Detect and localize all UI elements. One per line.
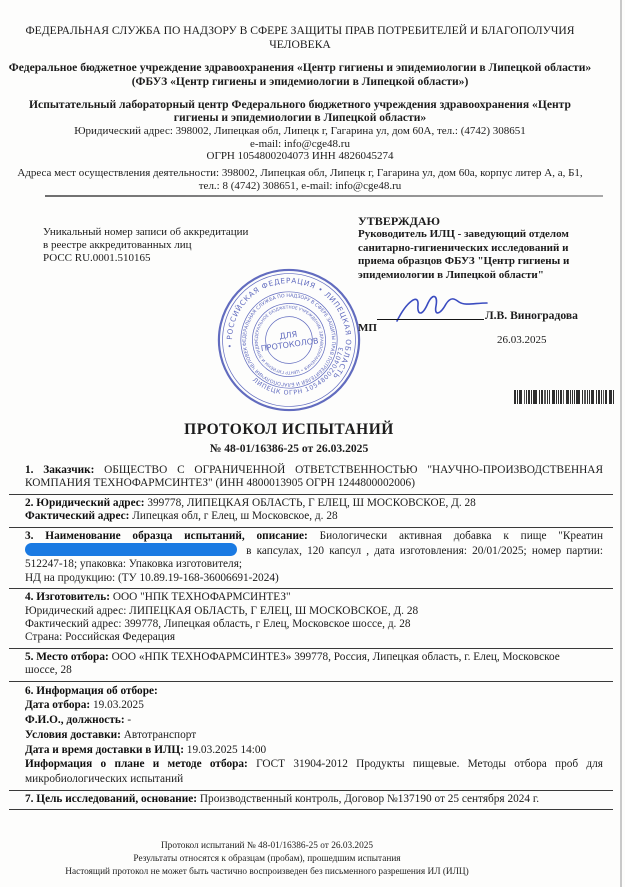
email: e-mail: info@cge48.ru: [8, 138, 592, 151]
accreditation-number: РОСС RU.0001.510165: [43, 252, 273, 265]
footer-line: Результаты относятся к образцам (пробам)…: [0, 853, 534, 866]
field-label: Информация о плане и методе отбора:: [25, 758, 248, 770]
round-stamp: • РОССИЙСКАЯ ФЕДЕРАЦИЯ • ЛИПЕЦКАЯ ОБЛАСТ…: [207, 258, 372, 423]
field-label: 2. Юридический адрес:: [25, 497, 145, 509]
field-value: шоссе, 28: [25, 664, 72, 676]
footer-line: Настоящий протокол не может быть частичн…: [0, 866, 534, 879]
protocol-section-4: 4. Изготовитель: ООО "НПК ТЕХНОФАРМСИНТЕ…: [9, 589, 613, 649]
section-line: Страна: Российская Федерация: [25, 631, 603, 644]
stamp-place-label: МП: [358, 322, 377, 334]
section-line: в капсулах, 120 капсул , дата изготовлен…: [25, 543, 603, 558]
section-line: 5. Место отбора: ООО «НПК ТЕХНОФАРМСИНТЕ…: [25, 651, 603, 664]
approval-line: Руководитель ИЛЦ - заведующий отделом: [358, 228, 610, 241]
ogrn-inn: ОГРН 1054800204073 ИНН 4826045274: [8, 150, 592, 163]
section-line: Дата отбора: 19.03.2025: [25, 698, 603, 713]
protocol-title: ПРОТОКОЛ ИСПЫТАНИЙ: [0, 421, 578, 439]
document-footer: Протокол испытаний № 48-01/16386-25 от 2…: [0, 840, 534, 879]
section-line: Фактический адрес: 399778, Липецкая обла…: [25, 618, 603, 631]
redaction-bar: [25, 543, 237, 556]
field-label: Дата отбора:: [25, 699, 90, 711]
protocol-section-6: 6. Информация об отборе:Дата отбора: 19.…: [9, 682, 613, 791]
accreditation-line: Уникальный номер записи об аккредитации: [43, 226, 273, 239]
signature-line: [377, 319, 484, 320]
field-value: ОБЩЕСТВО С ОГРАНИЧЕННОЙ ОТВЕТСТВЕННОСТЬЮ…: [94, 464, 603, 476]
signer-name: Л.В. Виноградова: [485, 309, 578, 322]
protocol-sections: 1. Заказчик: ОБЩЕСТВО С ОГРАНИЧЕННОЙ ОТВ…: [9, 462, 613, 810]
approval-title: УТВЕРЖДАЮ: [358, 215, 610, 228]
approval-date: 26.03.2025: [497, 334, 547, 346]
legal-address: Юридический адрес: 398002, Липецкая обл,…: [8, 125, 592, 138]
document-header: ФЕДЕРАЛЬНАЯ СЛУЖБА ПО НАДЗОРУ В СФЕРЕ ЗА…: [8, 24, 592, 192]
protocol-section-1: 1. Заказчик: ОБЩЕСТВО С ОГРАНИЧЕННОЙ ОТВ…: [9, 462, 613, 495]
section-line: Условия доставки: Автотранспорт: [25, 728, 603, 743]
field-value: КОМПАНИЯ ТЕХНОФАРМСИНТЕЗ" (ИНН 480001390…: [25, 477, 415, 489]
field-value: ГОСТ 31904-2012 Продукты пищевые. Методы…: [248, 758, 603, 770]
activity-addresses: Адреса мест осуществления деятельности: …: [8, 167, 592, 192]
field-value: Биологически активная добавка к пище "Кр…: [308, 530, 603, 542]
protocol-section-7: 7. Цель исследований, основание: Произво…: [9, 791, 613, 810]
field-label: Фактический адрес:: [25, 510, 129, 522]
field-value: Автотранспорт: [121, 729, 196, 741]
signature-icon: [393, 291, 498, 327]
approval-line: приема образцов ФБУЗ "Центр гигиены и: [358, 255, 610, 268]
section-line: 4. Изготовитель: ООО "НПК ТЕХНОФАРМСИНТЕ…: [25, 591, 603, 604]
protocol-section-3: 3. Наименование образца испытаний, описа…: [9, 528, 613, 590]
field-value: Фактический адрес: 399778, Липецкая обла…: [25, 618, 411, 630]
field-label: Условия доставки:: [25, 729, 121, 741]
section-line: Юридический адрес: ЛИПЕЦКАЯ ОБЛАСТЬ, Г Е…: [25, 605, 603, 618]
accreditation-block: Уникальный номер записи об аккредитации …: [43, 226, 273, 266]
accreditation-line: в реестре аккредитованных лиц: [43, 239, 273, 252]
protocol-document: ФЕДЕРАЛЬНАЯ СЛУЖБА ПО НАДЗОРУ В СФЕРЕ ЗА…: [0, 0, 625, 887]
protocol-number: № 48-01/16386-25 от 26.03.2025: [0, 442, 578, 455]
field-value: Липецкая обл, г Елец, ш Московское, д. 2…: [129, 510, 337, 522]
field-value: микробиологических испытаний: [25, 773, 183, 785]
section-line: 2. Юридический адрес: 399778, ЛИПЕЦКАЯ О…: [25, 497, 603, 510]
section-line: микробиологических испытаний: [25, 772, 603, 787]
section-line: шоссе, 28: [25, 664, 603, 677]
section-line: НД на продукцию: (ТУ 10.89.19-168-360066…: [25, 572, 603, 585]
header-divider: [45, 195, 603, 197]
field-value: 19.03.2025: [90, 699, 144, 711]
field-value: Юридический адрес: ЛИПЕЦКАЯ ОБЛАСТЬ, Г Е…: [25, 605, 418, 617]
field-value: -: [125, 714, 132, 726]
section-line: КОМПАНИЯ ТЕХНОФАРМСИНТЕЗ" (ИНН 480001390…: [25, 477, 603, 490]
section-line: Фактический адрес: Липецкая обл, г Елец,…: [25, 510, 603, 523]
field-label: 5. Место отбора:: [25, 651, 109, 663]
field-label: 1. Заказчик:: [25, 464, 94, 476]
federal-service-title: ФЕДЕРАЛЬНАЯ СЛУЖБА ПО НАДЗОРУ В СФЕРЕ ЗА…: [8, 24, 592, 51]
field-value: Страна: Российская Федерация: [25, 631, 175, 643]
section-line: 7. Цель исследований, основание: Произво…: [25, 793, 603, 806]
barcode: [514, 390, 618, 404]
section-line: 512247-18; упаковка: Упаковка изготовите…: [25, 558, 603, 571]
section-line: 1. Заказчик: ОБЩЕСТВО С ОГРАНИЧЕННОЙ ОТВ…: [25, 464, 603, 477]
section-line: 3. Наименование образца испытаний, описа…: [25, 530, 603, 543]
field-label: 7. Цель исследований, основание:: [25, 793, 197, 805]
field-value: ООО «НПК ТЕХНОФАРМСИНТЕЗ» 399778, Россия…: [109, 651, 560, 663]
field-label: 4. Изготовитель:: [25, 591, 110, 603]
field-label: Ф.И.О., должность:: [25, 714, 125, 726]
section-line: Ф.И.О., должность: -: [25, 713, 603, 728]
field-value: 19.03.2025 14:00: [184, 744, 266, 756]
protocol-title-block: ПРОТОКОЛ ИСПЫТАНИЙ № 48-01/16386-25 от 2…: [0, 421, 578, 455]
protocol-section-5: 5. Место отбора: ООО «НПК ТЕХНОФАРМСИНТЕ…: [9, 649, 613, 682]
approval-block: УТВЕРЖДАЮ Руководитель ИЛЦ - заведующий …: [358, 215, 610, 282]
field-value: в капсулах, 120 капсул , дата изготовлен…: [246, 545, 603, 557]
field-label: Дата и время доставки в ИЛЦ:: [25, 744, 184, 756]
field-value: 399778, ЛИПЕЦКАЯ ОБЛАСТЬ, Г ЕЛЕЦ, Ш МОСК…: [145, 497, 476, 509]
section-line: Дата и время доставки в ИЛЦ: 19.03.2025 …: [25, 743, 603, 758]
protocol-section-2: 2. Юридический адрес: 399778, ЛИПЕЦКАЯ О…: [9, 495, 613, 528]
field-value: 512247-18; упаковка: Упаковка изготовите…: [25, 558, 242, 570]
approval-line: эпидемиологии в Липецкой области": [358, 269, 610, 282]
footer-line: Протокол испытаний № 48-01/16386-25 от 2…: [0, 840, 534, 853]
field-value: ООО "НПК ТЕХНОФАРМСИНТЕЗ": [110, 591, 291, 603]
field-value: Производственный контроль, Договор №1371…: [197, 793, 539, 805]
field-label: 6. Информация об отборе:: [25, 685, 158, 697]
organization-name: Федеральное бюджетное учреждение здравоо…: [8, 61, 592, 89]
test-center-name: Испытательный лабораторный центр Федерал…: [8, 98, 592, 126]
field-label: 3. Наименование образца испытаний, описа…: [25, 530, 308, 542]
scan-edge-artifact: [620, 0, 622, 887]
field-value: НД на продукцию: (ТУ 10.89.19-168-360066…: [25, 572, 279, 584]
approval-line: санитарно-гигиенических исследований и: [358, 242, 610, 255]
section-line: 6. Информация об отборе:: [25, 684, 603, 699]
section-line: Информация о плане и методе отбора: ГОСТ…: [25, 757, 603, 772]
